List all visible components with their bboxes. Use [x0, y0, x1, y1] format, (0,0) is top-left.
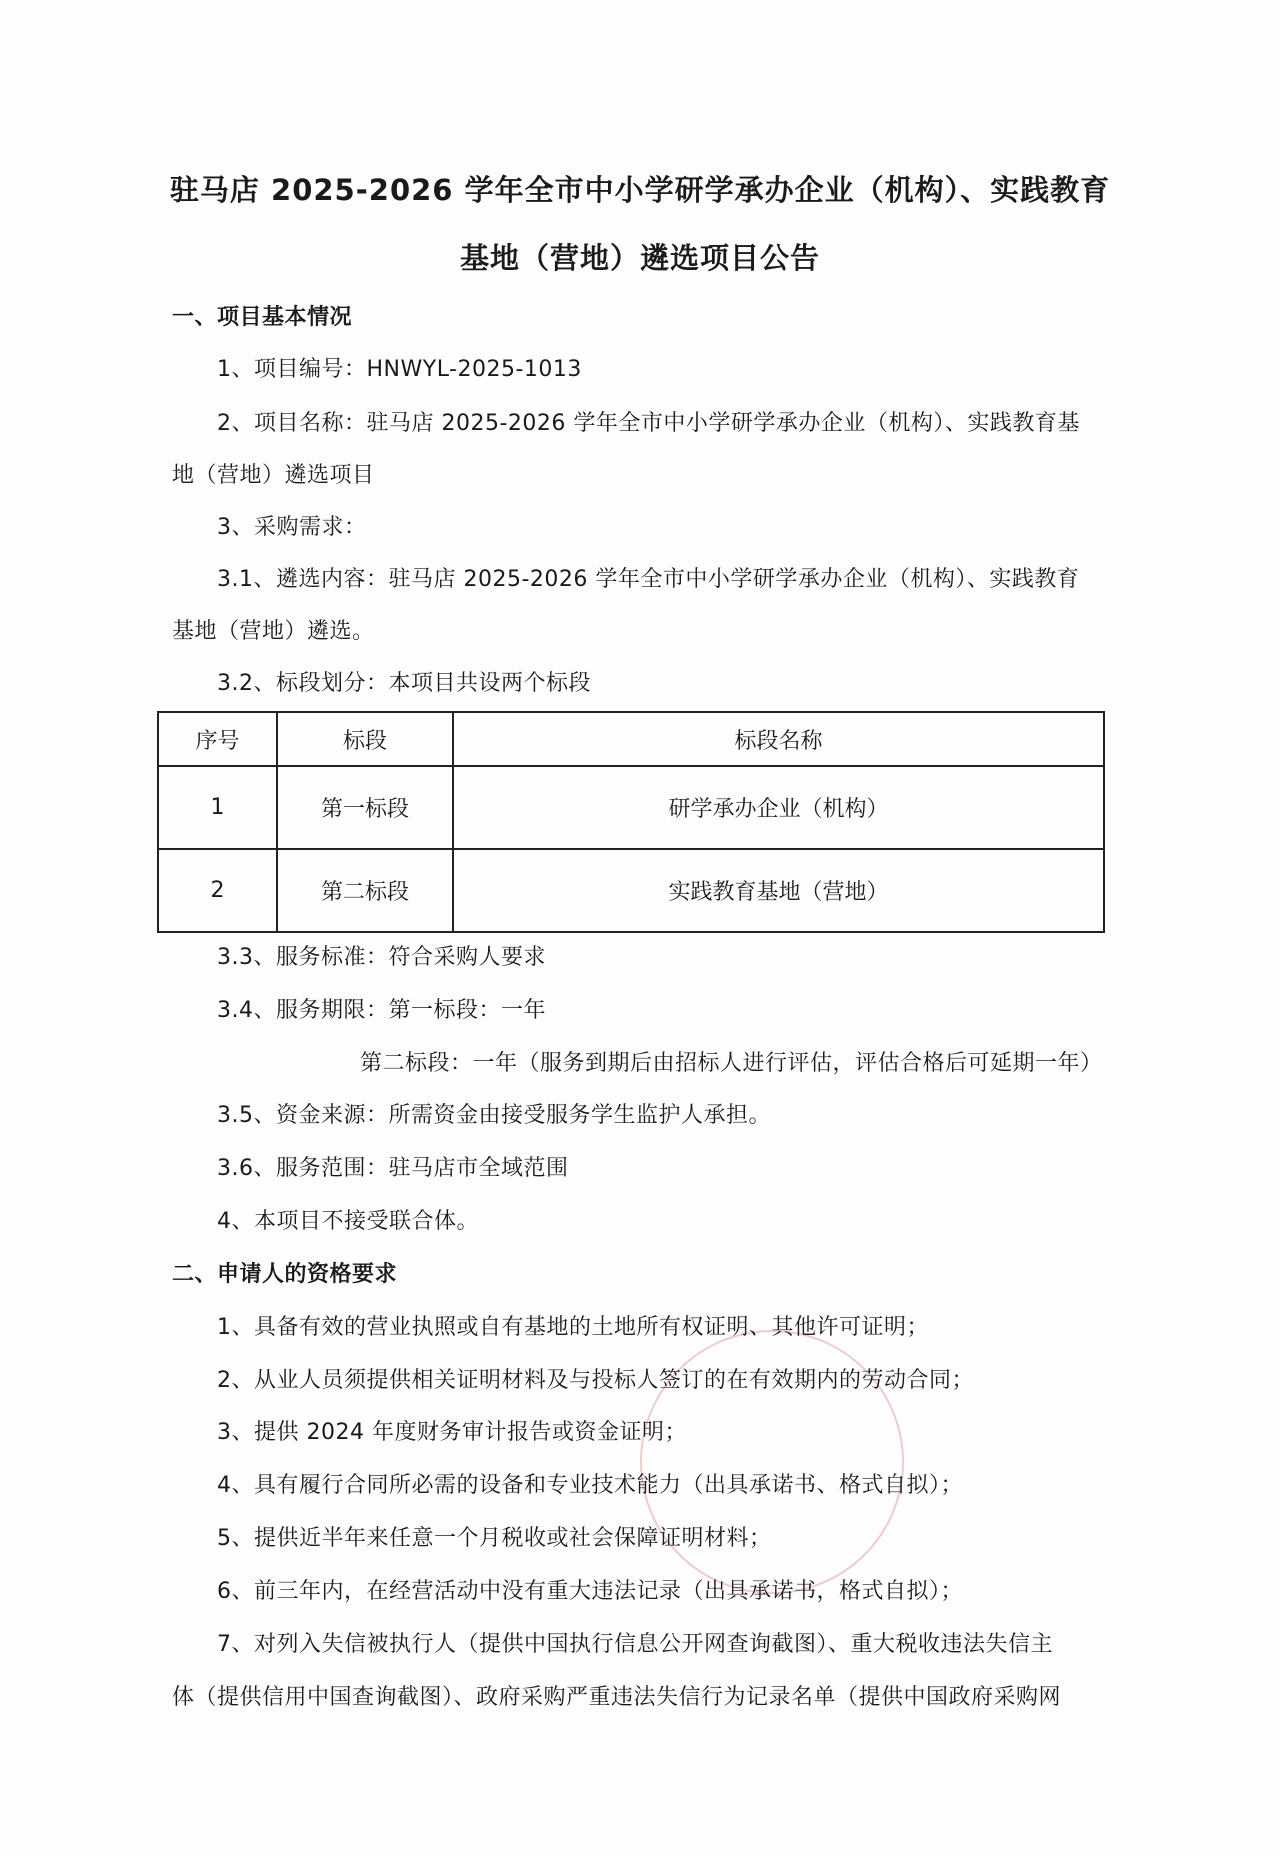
table-header: 标段名称: [453, 712, 1104, 766]
selection-content-line1: 3.1、遴选内容：驻马店 2025-2026 学年全市中小学研学承办企业（机构）…: [217, 565, 1079, 595]
table-header-row: 序号 标段 标段名称: [158, 712, 1104, 766]
table-cell: 研学承办企业（机构）: [453, 766, 1104, 849]
table-cell: 第二标段: [277, 849, 453, 932]
document-page: 驻马店 2025-2026 学年全市中小学研学承办企业（机构）、实践教育 基地（…: [0, 0, 1280, 1855]
table-cell: 2: [158, 849, 277, 932]
table-row: 2 第二标段 实践教育基地（营地）: [158, 849, 1104, 932]
document-title-line1: 驻马店 2025-2026 学年全市中小学研学承办企业（机构）、实践教育: [0, 170, 1280, 210]
table-row: 1 第一标段 研学承办企业（机构）: [158, 766, 1104, 849]
service-period-lot2: 第二标段：一年（服务到期后由招标人进行评估，评估合格后可延期一年）: [360, 1049, 1103, 1079]
table-cell: 第一标段: [277, 766, 453, 849]
requirement-item: 5、提供近半年来任意一个月税收或社会保障证明材料；: [217, 1524, 772, 1554]
section2-heading: 二、申请人的资格要求: [172, 1260, 397, 1290]
requirement-item: 7、对列入失信被执行人（提供中国执行信息公开网查询截图）、重大税收违法失信主: [217, 1630, 1053, 1660]
requirement-item: 3、提供 2024 年度财务审计报告或资金证明；: [217, 1418, 687, 1448]
requirement-item: 4、具有履行合同所必需的设备和专业技术能力（出具承诺书、格式自拟）；: [217, 1471, 963, 1501]
no-consortium: 4、本项目不接受联合体。: [217, 1207, 479, 1237]
requirement-item: 1、具备有效的营业执照或自有基地的土地所有权证明、其他许可证明；: [217, 1313, 929, 1343]
service-scope: 3.6、服务范围：驻马店市全域范围: [217, 1154, 569, 1184]
project-name-line1: 2、项目名称：驻马店 2025-2026 学年全市中小学研学承办企业（机构）、实…: [217, 409, 1080, 439]
section1-heading: 一、项目基本情况: [172, 303, 352, 333]
procurement-needs: 3、采购需求：: [217, 513, 367, 543]
project-number: 1、项目编号：HNWYL-2025-1013: [217, 355, 582, 385]
lot-division: 3.2、标段划分：本项目共设两个标段: [217, 669, 591, 699]
service-period: 3.4、服务期限：第一标段：一年: [217, 996, 546, 1026]
table-header: 序号: [158, 712, 277, 766]
requirement-item-continuation: 体（提供信用中国查询截图）、政府采购严重违法失信行为记录名单（提供中国政府采购网: [172, 1683, 1061, 1713]
table-cell: 实践教育基地（营地）: [453, 849, 1104, 932]
fund-source: 3.5、资金来源：所需资金由接受服务学生监护人承担。: [217, 1101, 771, 1131]
document-title-line2: 基地（营地）遴选项目公告: [0, 238, 1280, 278]
lot-table: 序号 标段 标段名称 1 第一标段 研学承办企业（机构） 2 第二标段 实践教育…: [157, 711, 1105, 933]
project-name-line2: 地（营地）遴选项目: [172, 461, 375, 491]
requirement-item: 6、前三年内，在经营活动中没有重大违法记录（出具承诺书，格式自拟）；: [217, 1577, 963, 1607]
service-standard: 3.3、服务标准：符合采购人要求: [217, 943, 546, 973]
selection-content-line2: 基地（营地）遴选。: [172, 617, 375, 647]
table-cell: 1: [158, 766, 277, 849]
requirement-item: 2、从业人员须提供相关证明材料及与投标人签订的在有效期内的劳动合同；: [217, 1366, 974, 1396]
table-header: 标段: [277, 712, 453, 766]
